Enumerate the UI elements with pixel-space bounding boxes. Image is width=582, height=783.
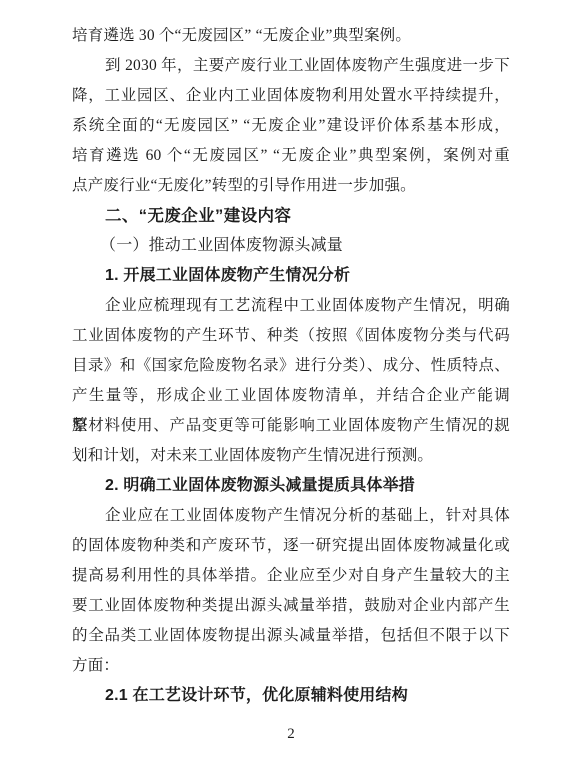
page-number: 2 bbox=[0, 722, 582, 746]
text-line: 二、“无废企业”建设内容 bbox=[72, 201, 510, 231]
text-line: 到 2030 年，主要产废行业工业固体废物产生强度进一步下 bbox=[72, 51, 510, 81]
text-line: 方面： bbox=[72, 651, 510, 681]
text-line: 2.1 在工艺设计环节，优化原辅料使用结构 bbox=[72, 681, 510, 711]
text-line: 点产废行业“无废化”转型的引导作用进一步加强。 bbox=[72, 171, 510, 201]
text-line: 要工业固体废物种类提出源头减量举措，鼓励对企业内部产生 bbox=[72, 591, 510, 621]
text-line: 提高易利用性的具体举措。企业应至少对自身产生量较大的主 bbox=[72, 561, 510, 591]
document-page: 培育遴选 30 个“无废园区” “无废企业”典型案例。到 2030 年，主要产废… bbox=[0, 0, 582, 783]
text-line: 2. 明确工业固体废物源头减量提质具体举措 bbox=[72, 471, 510, 501]
text-line: 1. 开展工业固体废物产生情况分析 bbox=[72, 261, 510, 291]
text-line: 培育遴选 30 个“无废园区” “无废企业”典型案例。 bbox=[72, 21, 510, 51]
text-line: 的全品类工业固体废物提出源头减量举措，包括但不限于以下 bbox=[72, 621, 510, 651]
document-body: 培育遴选 30 个“无废园区” “无废企业”典型案例。到 2030 年，主要产废… bbox=[72, 21, 510, 711]
text-line: 企业应在工业固体废物产生情况分析的基础上，针对具体 bbox=[72, 501, 510, 531]
text-line: （一）推动工业固体废物源头减量 bbox=[72, 231, 510, 261]
text-line: 划和计划，对未来工业固体废物产生情况进行预测。 bbox=[72, 441, 510, 471]
text-line: 企业应梳理现有工艺流程中工业固体废物产生情况，明确 bbox=[72, 291, 510, 321]
text-line: 系统全面的“无废园区” “无废企业”建设评价体系基本形成， bbox=[72, 111, 510, 141]
text-line: 的固体废物种类和产废环节，逐一研究提出固体废物减量化或 bbox=[72, 531, 510, 561]
text-line: 培育遴选 60 个“无废园区” “无废企业”典型案例，案例对重 bbox=[72, 141, 510, 171]
text-line: 降，工业园区、企业内工业固体废物利用处置水平持续提升， bbox=[72, 81, 510, 111]
text-line: 目录》和《国家危险废物名录》进行分类）、成分、性质特点、 bbox=[72, 351, 510, 381]
text-line: 原材料使用、产品变更等可能影响工业固体废物产生情况的规 bbox=[72, 411, 510, 441]
text-line: 工业固体废物的产生环节、种类（按照《固体废物分类与代码 bbox=[72, 321, 510, 351]
text-line: 产生量等，形成企业工业固体废物清单，并结合企业产能调整、 bbox=[72, 381, 510, 411]
